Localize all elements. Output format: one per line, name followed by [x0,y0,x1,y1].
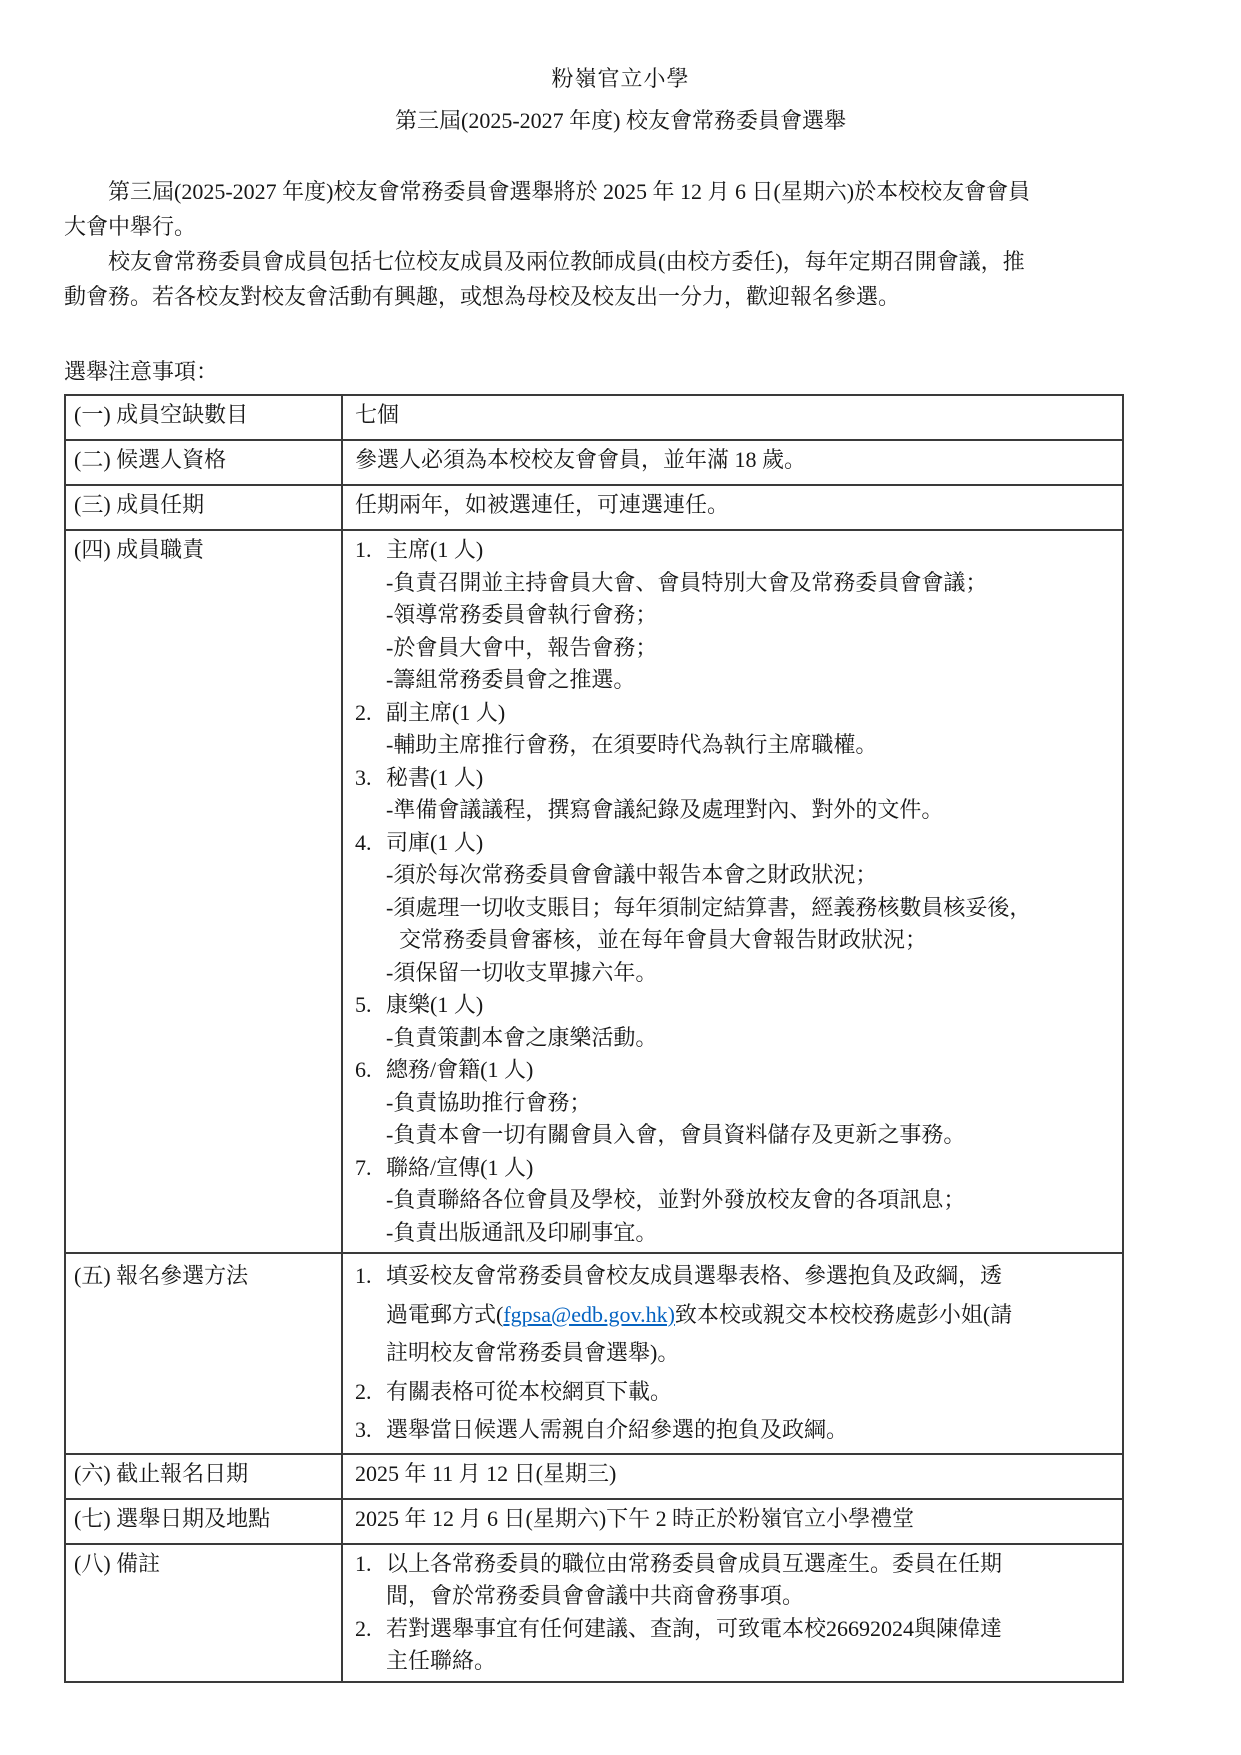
content-line: 過電郵方式(fgpsa@edb.gov.hk)致本校或親交本校校務處彭小姐(請 [355,1296,1116,1335]
content-line: 4.司庫(1 人) [355,827,1116,860]
content-line: 七個 [355,399,1116,430]
content-line: 交常務委員會審核，並在每年會員大會報告財政狀況； [355,924,1116,957]
content-line: 2.若對選舉事宜有任何建議、查詢，可致電本校26692024與陳偉達 [355,1613,1116,1646]
row-label: (三) 成員任期 [65,485,342,530]
content-line: -準備會議議程，撰寫會議紀錄及處理對內、對外的文件。 [355,794,1116,827]
content-line: -負責聯絡各位會員及學校，並對外發放校友會的各項訊息； [355,1184,1116,1217]
list-number: 6. [355,1054,386,1087]
content-line: 3.秘書(1 人) [355,762,1116,795]
content-line: -領導常務委員會執行會務； [355,599,1116,632]
table-row-1: (一) 成員空缺數目七個 [65,395,1123,440]
row-label-text: (一) 成員空缺數目 [74,399,337,430]
table-row-8: (八) 備註1.以上各常務委員的職位由常務委員會成員互選產生。委員在任期間，會於… [65,1544,1123,1682]
row-label: (二) 候選人資格 [65,440,342,485]
list-number: 2. [355,1373,386,1412]
content-line: 任期兩年，如被選連任，可連選連任。 [355,489,1116,520]
list-number: 7. [355,1152,386,1185]
row-label-text: (八) 備註 [74,1548,337,1581]
content-line: 7.聯絡/宣傳(1 人) [355,1152,1116,1185]
content-line: 5.康樂(1 人) [355,989,1116,1022]
content-line: 6.總務/會籍(1 人) [355,1054,1116,1087]
row-label-text: (七) 選舉日期及地點 [74,1503,337,1534]
notice-label: 選舉注意事項： [64,356,1241,388]
list-number: 2. [355,1613,386,1646]
content-line: -輔助主席推行會務，在須要時代為執行主席職權。 [355,729,1116,762]
row-content: 1.以上各常務委員的職位由常務委員會成員互選產生。委員在任期間，會於常務委員會會… [342,1544,1123,1682]
row-label-text: (三) 成員任期 [74,489,337,520]
row-label: (四) 成員職責 [65,530,342,1253]
list-number: 5. [355,989,386,1022]
table-row-3: (三) 成員任期任期兩年，如被選連任，可連選連任。 [65,485,1123,530]
content-line: 註明校友會常務委員會選舉)。 [355,1334,1116,1373]
content-line: -負責協助推行會務； [355,1087,1116,1120]
row-content: 任期兩年，如被選連任，可連選連任。 [342,485,1123,530]
content-line: -須於每次常務委員會會議中報告本會之財政狀況； [355,859,1116,892]
row-label: (六) 截止報名日期 [65,1454,342,1499]
content-line: 參選人必須為本校校友會會員，並年滿 18 歲。 [355,444,1116,475]
row-content: 1.主席(1 人)-負責召開並主持會員大會、會員特別大會及常務委員會會議；-領導… [342,530,1123,1253]
row-label-text: (四) 成員職責 [74,534,337,567]
page-title: 粉嶺官立小學 [0,0,1241,94]
content-line: -負責本會一切有關會員入會，會員資料儲存及更新之事務。 [355,1119,1116,1152]
content-line: 3.選舉當日候選人需親自介紹參選的抱負及政綱。 [355,1411,1116,1450]
row-label: (一) 成員空缺數目 [65,395,342,440]
row-label: (八) 備註 [65,1544,342,1682]
content-line: 2025 年 11 月 12 日(星期三) [355,1458,1116,1489]
row-label-text: (五) 報名參選方法 [74,1257,337,1296]
row-label-text: (二) 候選人資格 [74,444,337,475]
table-row-2: (二) 候選人資格參選人必須為本校校友會會員，並年滿 18 歲。 [65,440,1123,485]
content-line: -負責策劃本會之康樂活動。 [355,1022,1116,1055]
notice-table: (一) 成員空缺數目七個(二) 候選人資格參選人必須為本校校友會會員，並年滿 1… [64,394,1124,1683]
content-line: -須處理一切收支賬目；每年須制定結算書，經義務核數員核妥後， [355,892,1116,925]
content-line: 1.主席(1 人) [355,534,1116,567]
content-line: -負責召開並主持會員大會、會員特別大會及常務委員會會議； [355,567,1116,600]
content-line: -於會員大會中，報告會務； [355,632,1116,665]
email-link[interactable]: fgpsa@edb.gov.hk) [503,1302,675,1327]
list-number: 3. [355,762,386,795]
row-label: (七) 選舉日期及地點 [65,1499,342,1544]
row-content: 2025 年 11 月 12 日(星期三) [342,1454,1123,1499]
list-number: 1. [355,1548,386,1581]
page-subtitle: 第三屆(2025-2027 年度) 校友會常務委員會選舉 [0,106,1241,136]
table-row-4: (四) 成員職責1.主席(1 人)-負責召開並主持會員大會、會員特別大會及常務委… [65,530,1123,1253]
row-content: 1.填妥校友會常務委員會校友成員選舉表格、參選抱負及政綱，透過電郵方式(fgps… [342,1253,1123,1454]
content-line: -籌組常務委員會之推選。 [355,664,1116,697]
table-row-5: (五) 報名參選方法1.填妥校友會常務委員會校友成員選舉表格、參選抱負及政綱，透… [65,1253,1123,1454]
row-label-text: (六) 截止報名日期 [74,1458,337,1489]
row-content: 2025 年 12 月 6 日(星期六)下午 2 時正於粉嶺官立小學禮堂 [342,1499,1123,1544]
content-line: 2025 年 12 月 6 日(星期六)下午 2 時正於粉嶺官立小學禮堂 [355,1503,1116,1534]
list-number: 4. [355,827,386,860]
list-number: 3. [355,1411,386,1450]
list-number: 1. [355,1257,386,1296]
intro-paragraph-1: 第三屆(2025-2027 年度)校友會常務委員會選舉將於 2025 年 12 … [64,174,1177,244]
row-content: 七個 [342,395,1123,440]
list-number: 1. [355,534,386,567]
intro-paragraph-2: 校友會常務委員會成員包括七位校友成員及兩位教師成員(由校方委任)，每年定期召開會… [64,244,1177,314]
table-row-7: (七) 選舉日期及地點2025 年 12 月 6 日(星期六)下午 2 時正於粉… [65,1499,1123,1544]
list-number: 2. [355,697,386,730]
content-line: 主任聯絡。 [355,1645,1116,1678]
content-line: 間，會於常務委員會會議中共商會務事項。 [355,1580,1116,1613]
content-line: -須保留一切收支單據六年。 [355,957,1116,990]
content-line: 1.以上各常務委員的職位由常務委員會成員互選產生。委員在任期 [355,1548,1116,1581]
content-line: 2.副主席(1 人) [355,697,1116,730]
intro-section: 第三屆(2025-2027 年度)校友會常務委員會選舉將於 2025 年 12 … [64,174,1177,314]
content-line: 2.有關表格可從本校網頁下載。 [355,1373,1116,1412]
content-line: -負責出版通訊及印刷事宜。 [355,1217,1116,1250]
table-row-6: (六) 截止報名日期2025 年 11 月 12 日(星期三) [65,1454,1123,1499]
row-label: (五) 報名參選方法 [65,1253,342,1454]
content-line: 1.填妥校友會常務委員會校友成員選舉表格、參選抱負及政綱，透 [355,1257,1116,1296]
row-content: 參選人必須為本校校友會會員，並年滿 18 歲。 [342,440,1123,485]
document-page: 粉嶺官立小學 第三屆(2025-2027 年度) 校友會常務委員會選舉 第三屆(… [0,0,1241,1755]
